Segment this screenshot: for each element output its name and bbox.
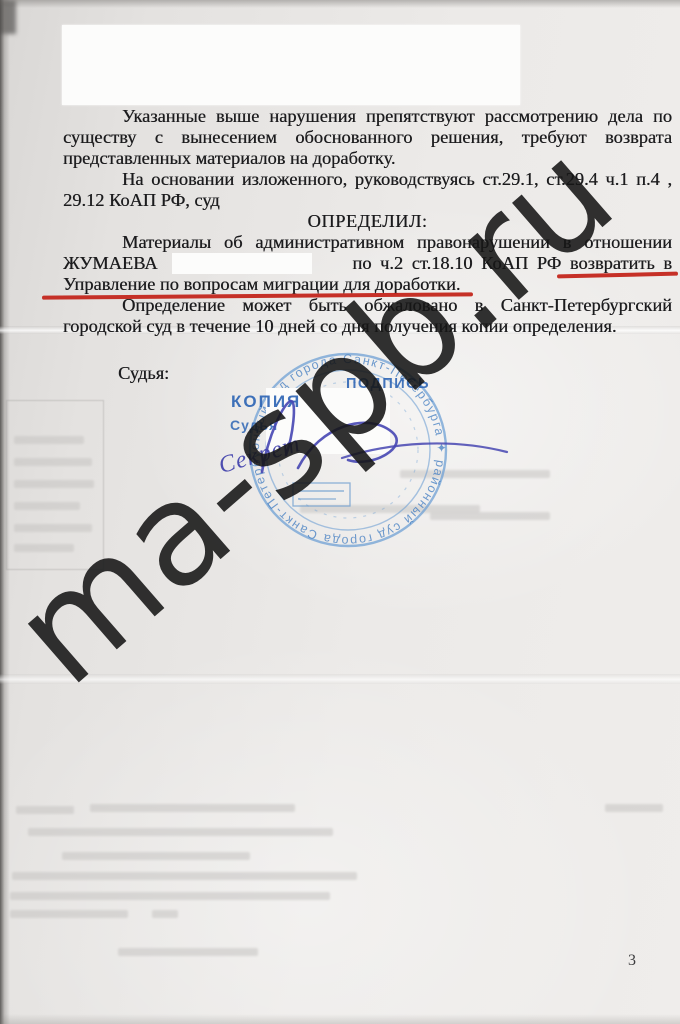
bleed-through-mark: [62, 852, 250, 860]
bleed-through-mark: [10, 892, 330, 900]
text-line: Указанные выше нарушения препятствуют ра…: [63, 106, 672, 127]
bleed-through-mark: [16, 806, 74, 814]
page-number: 3: [628, 952, 636, 970]
scanned-page: Указанные выше нарушения препятствуют ра…: [0, 0, 680, 1024]
bleed-through-mark: [90, 804, 295, 812]
bleed-through-mark: [28, 828, 333, 836]
bleed-through-mark: [12, 872, 357, 880]
scan-bottom-edge: [0, 1014, 680, 1024]
bleed-through-mark: [14, 502, 80, 510]
redaction-box-header: [62, 25, 520, 105]
judge-signature-label: Судья:: [118, 363, 169, 384]
bleed-through-mark: [14, 480, 94, 488]
text-segment: ЖУМАЕВА: [63, 253, 158, 274]
bleed-through-mark: [152, 910, 178, 918]
scan-top-edge: [0, 0, 680, 8]
text-line: существу с вынесением обоснованного реше…: [63, 127, 672, 148]
bleed-through-mark: [10, 910, 128, 918]
bleed-through-mark: [14, 436, 84, 444]
bleed-through-mark: [605, 804, 663, 812]
bleed-through-mark: [14, 458, 92, 466]
bleed-through-mark: [118, 948, 258, 956]
redacted-name-gap: [158, 253, 353, 274]
